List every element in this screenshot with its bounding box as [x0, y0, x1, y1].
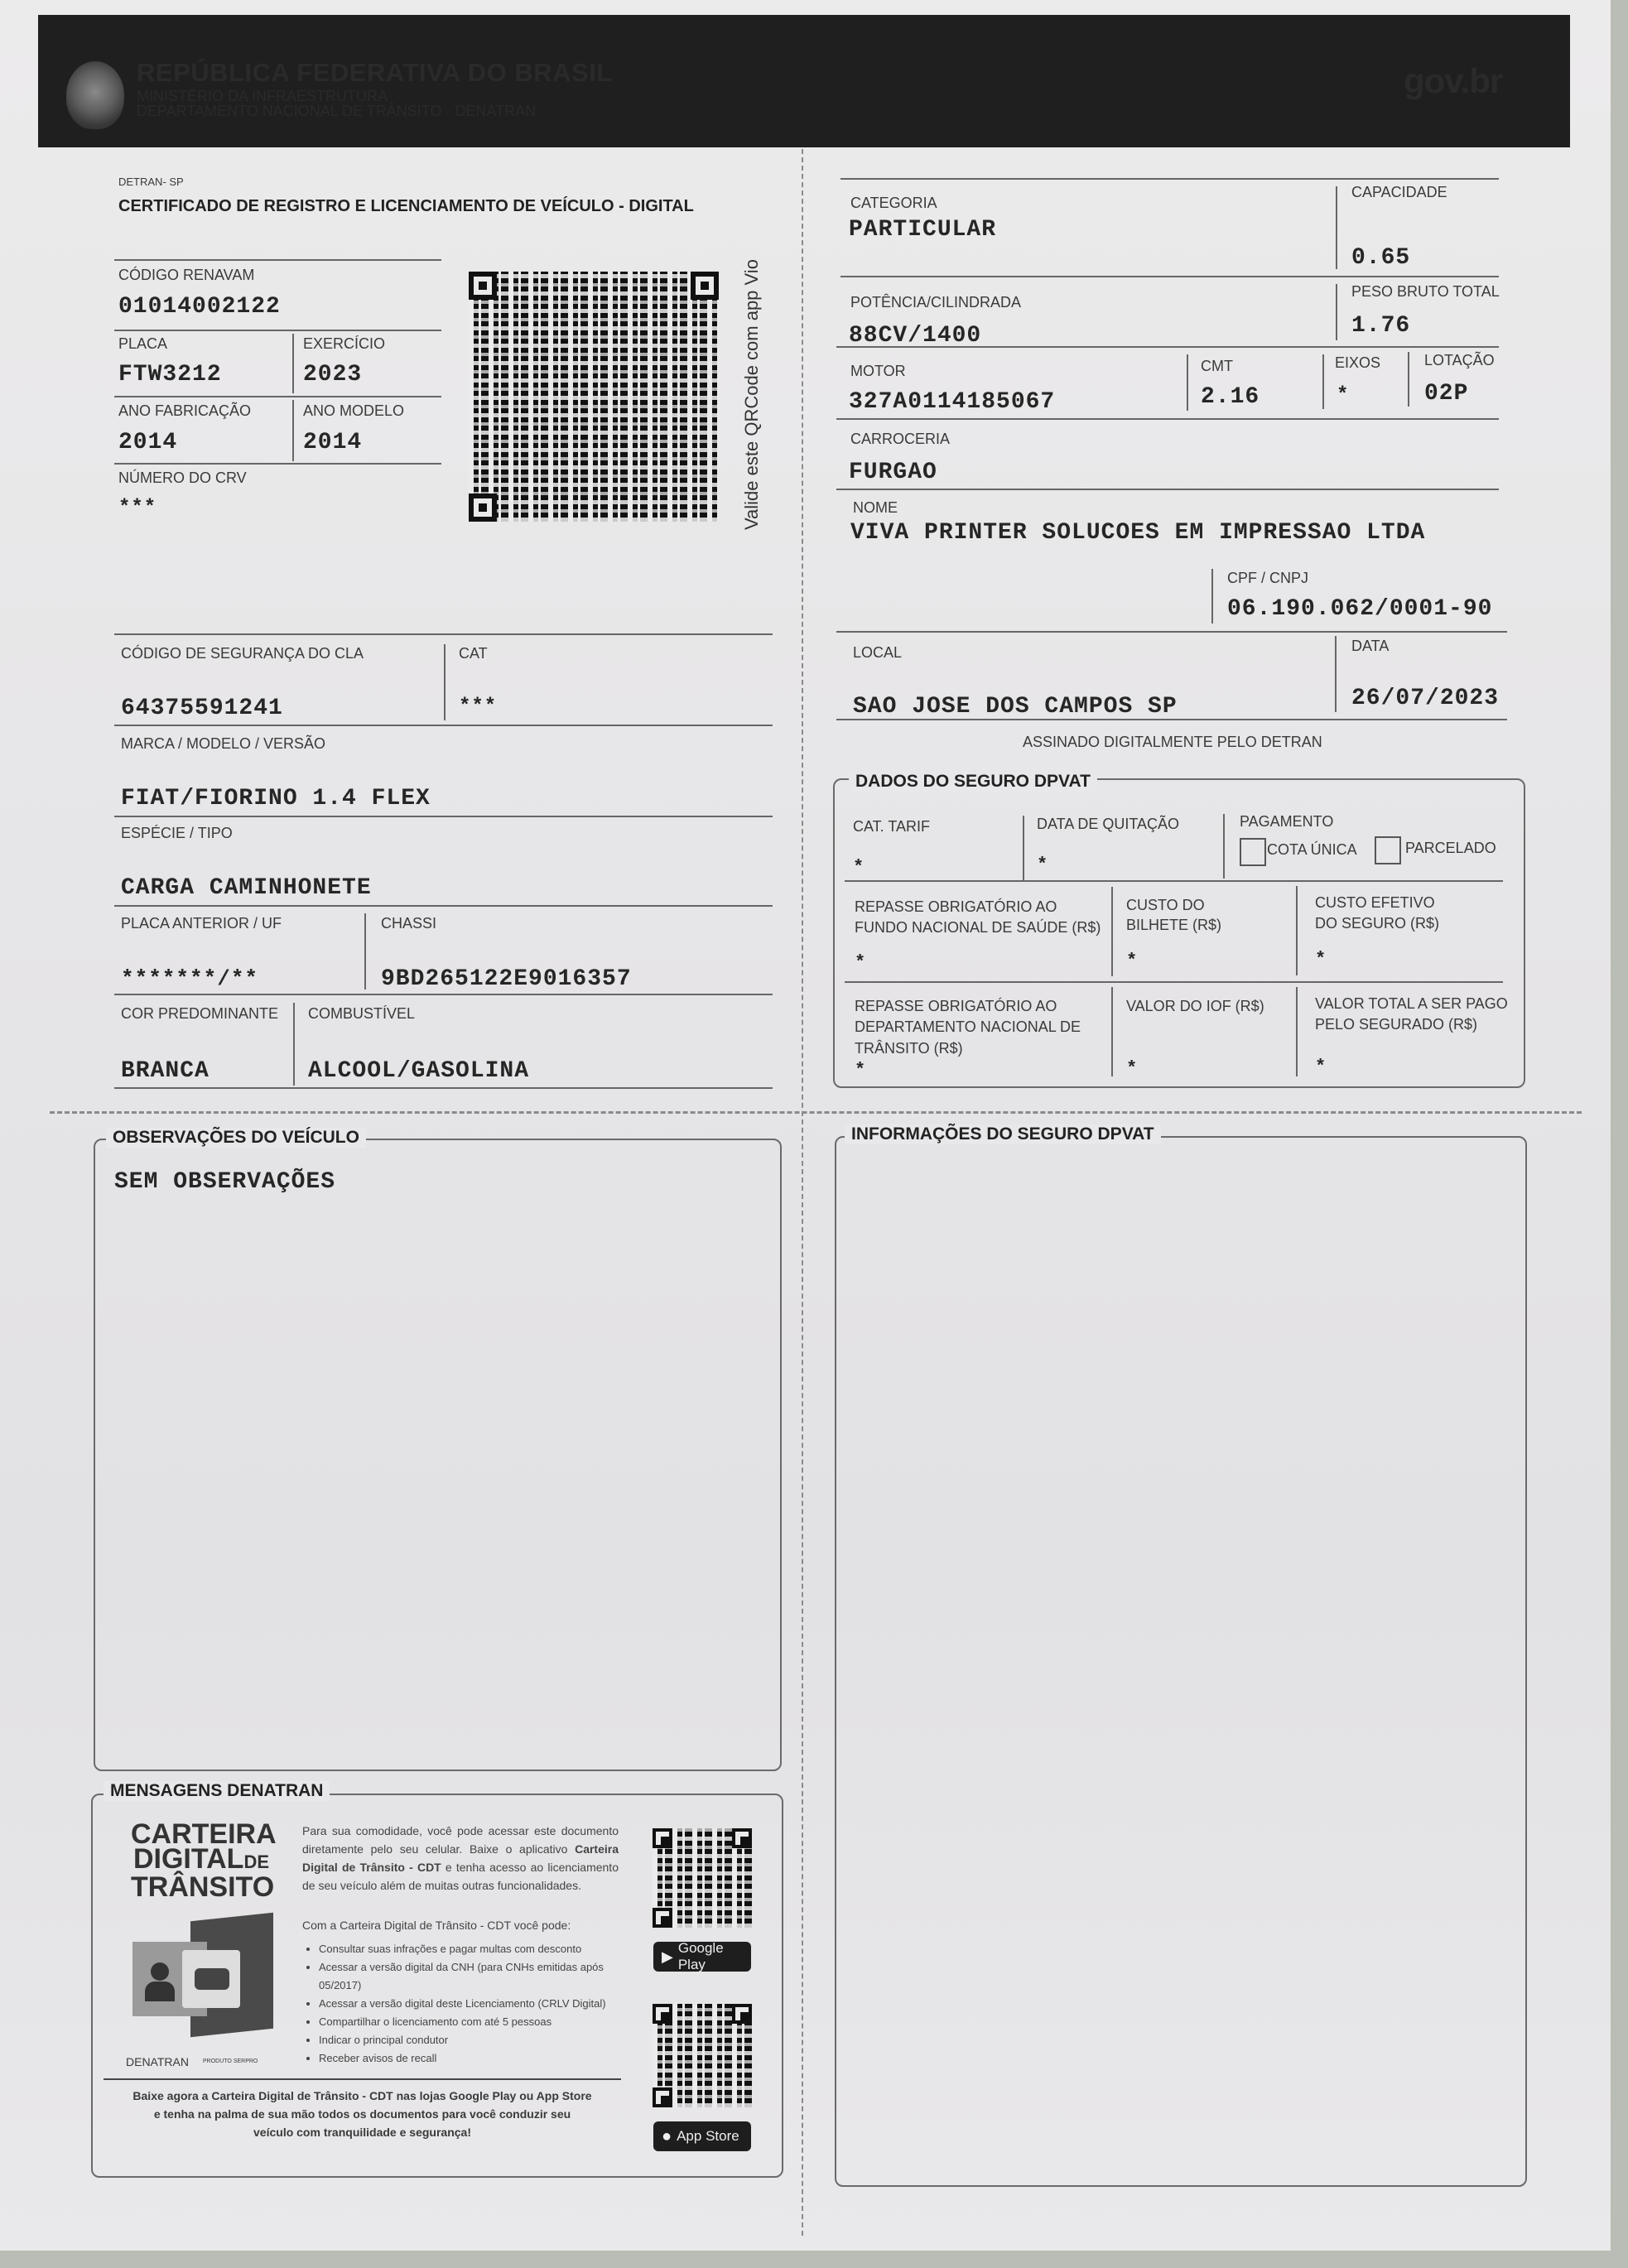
valor-total-label-1: VALOR TOTAL A SER PAGO [1315, 995, 1508, 1013]
apple-icon: ● [662, 2127, 672, 2146]
cpf-cnpj-label: CPF / CNPJ [1227, 570, 1308, 587]
local-value: SAO JOSE DOS CAMPOS SP [853, 694, 1178, 720]
motor-label: MOTOR [850, 363, 906, 380]
header-title: REPÚBLICA FEDERATIVA DO BRASIL [137, 58, 613, 88]
especie-tipo-label: ESPÉCIE / TIPO [121, 825, 233, 842]
ano-modelo-label: ANO MODELO [303, 402, 404, 420]
ano-fabricacao-label: ANO FABRICAÇÃO [118, 402, 251, 420]
nome-value: VIVA PRINTER SOLUCOES EM IMPRESSAO LTDA [850, 520, 1425, 546]
carroceria-label: CARROCERIA [850, 431, 950, 448]
cdt-title-de: DE [243, 1851, 269, 1872]
rule [836, 418, 1499, 420]
marca-modelo-value: FIAT/FIORINO 1.4 FLEX [121, 786, 431, 811]
categoria-value: PARTICULAR [849, 217, 996, 243]
data-value: 26/07/2023 [1351, 686, 1499, 711]
data-quitacao-value: * [1037, 855, 1048, 875]
cut-line [50, 1111, 1582, 1114]
chassi-label: CHASSI [381, 915, 436, 932]
numero-crv-label: NÚMERO DO CRV [118, 469, 247, 487]
brasil-coat-of-arms-icon [66, 61, 124, 129]
rule [114, 1087, 773, 1089]
rule [114, 816, 773, 817]
repasse-fns-label-1: REPASSE OBRIGATÓRIO AO [855, 898, 1057, 916]
rule [1335, 636, 1337, 712]
footer-line-1: Baixe agora a Carteira Digital de Trânsi… [104, 2087, 621, 2105]
cdt-feature-list: Consultar suas infrações e pagar multas … [302, 1940, 633, 2068]
rule [114, 330, 441, 331]
rule [836, 631, 1507, 633]
google-play-badge[interactable]: ▶ Google Play [653, 1942, 751, 1972]
combustivel-label: COMBUSTÍVEL [308, 1005, 415, 1023]
list-item: Indicar o principal condutor [319, 2031, 633, 2049]
cat-tarif-value: * [853, 857, 865, 878]
potencia-label: POTÊNCIA/CILINDRADA [850, 294, 1021, 311]
app-store-qr-code [653, 2004, 752, 2107]
center-divider [802, 149, 803, 2236]
repasse-denatran-value: * [855, 1060, 866, 1081]
parcelado-label: PARCELADO [1405, 840, 1496, 857]
cla-label: CÓDIGO DE SEGURANÇA DO CLA [121, 645, 364, 662]
rule [114, 905, 773, 907]
header-department: DEPARTAMENTO NACIONAL DE TRÂNSITO - DENA… [137, 103, 536, 119]
cdt-title-line-2: DIGITALDE [131, 1847, 272, 1875]
repasse-fns-label-2: FUNDO NACIONAL DE SAÚDE (R$) [855, 919, 1101, 937]
potencia-value: 88CV/1400 [849, 323, 981, 349]
document-paper: REPÚBLICA FEDERATIVA DO BRASIL MINISTÉRI… [0, 0, 1611, 2251]
chassi-value: 9BD265122E9016357 [381, 966, 632, 992]
renavam-label: CÓDIGO RENAVAM [118, 267, 254, 284]
cor-label: COR PREDOMINANTE [121, 1005, 278, 1023]
list-item: Receber avisos de recall [319, 2049, 633, 2068]
renavam-value: 01014002122 [118, 294, 281, 320]
observacoes-text: SEM OBSERVAÇÕES [114, 1169, 335, 1195]
footer-line-2: e tenha na palma de sua mão todos os doc… [104, 2105, 621, 2123]
rule [840, 276, 1499, 277]
header-ministry: MINISTÉRIO DA INFRAESTRUTURA [137, 88, 388, 104]
repasse-denatran-label-2: DEPARTAMENTO NACIONAL DE [855, 1018, 1081, 1036]
signature-note: ASSINADO DIGITALMENTE PELO DETRAN [1023, 734, 1322, 751]
eixos-value: * [1337, 384, 1349, 407]
list-item: Acessar a versão digital da CNH (para CN… [319, 1958, 633, 1995]
rule [836, 719, 1507, 720]
carroceria-value: FURGAO [849, 460, 937, 485]
rule [114, 994, 773, 995]
rule [836, 346, 1499, 348]
repasse-denatran-label-1: REPASSE OBRIGATÓRIO AO [855, 998, 1057, 1015]
rule [1111, 987, 1113, 1076]
categoria-label: CATEGORIA [850, 195, 937, 212]
rule [845, 880, 1503, 882]
numero-crv-value: *** [118, 497, 157, 519]
capacidade-label: CAPACIDADE [1351, 184, 1447, 201]
rule [114, 633, 773, 635]
custo-efetivo-value: * [1315, 949, 1327, 970]
placa-value: FTW3212 [118, 362, 222, 388]
document-title: CERTIFICADO DE REGISTRO E LICENCIAMENTO … [118, 197, 694, 216]
rule [293, 1003, 295, 1086]
rule [114, 396, 441, 397]
placa-label: PLACA [118, 335, 167, 353]
custo-bilhete-value: * [1126, 951, 1138, 971]
placa-anterior-value: *******/** [121, 966, 258, 991]
validation-qr-code [469, 272, 719, 522]
rule [1408, 352, 1409, 407]
cdt-app-illustration-icon [132, 1917, 273, 2033]
rule [114, 463, 441, 465]
observacoes-title: OBSERVAÇÕES DO VEÍCULO [106, 1128, 366, 1148]
info-dpvat-box [835, 1136, 1527, 2187]
exercicio-label: EXERCÍCIO [303, 335, 385, 353]
list-item: Compartilhar o licenciamento com até 5 p… [319, 2013, 633, 2031]
nome-label: NOME [853, 499, 898, 517]
cdt-title-line-3: TRÂNSITO [131, 1875, 272, 1900]
cdt-title: CARTEIRA DIGITALDE TRÂNSITO [131, 1822, 272, 1900]
valor-total-label-2: PELO SEGURADO (R$) [1315, 1016, 1477, 1033]
app-store-label: App Store [677, 2128, 739, 2145]
ano-fabricacao-value: 2014 [118, 430, 177, 455]
custo-efetivo-label-2: DO SEGURO (R$) [1315, 915, 1439, 932]
cdt-list-intro: Com a Carteira Digital de Trânsito - CDT… [302, 1916, 619, 1934]
especie-tipo-value: CARGA CAMINHONETE [121, 875, 372, 901]
cat-label: CAT [459, 645, 488, 662]
rule [845, 981, 1503, 983]
google-play-icon: ▶ [662, 1948, 673, 1966]
rule [1111, 887, 1113, 976]
rule [292, 334, 294, 393]
repasse-fns-value: * [855, 952, 866, 973]
motor-value: 327A0114185067 [849, 389, 1055, 415]
footer-line-3: veículo com tranquilidade e segurança! [104, 2123, 621, 2141]
rule [1336, 186, 1337, 269]
rule [1322, 354, 1324, 409]
rule [1296, 886, 1298, 975]
cota-unica-label: COTA ÚNICA [1267, 841, 1357, 859]
marca-modelo-label: MARCA / MODELO / VERSÃO [121, 735, 325, 753]
valor-iof-label: VALOR DO IOF (R$) [1126, 998, 1264, 1015]
peso-bruto-value: 1.76 [1351, 313, 1410, 339]
app-store-badge[interactable]: ● App Store [653, 2121, 751, 2151]
parcelado-checkbox[interactable] [1375, 836, 1401, 864]
list-item: Consultar suas infrações e pagar multas … [319, 1940, 633, 1958]
denatran-footer-brand: DENATRAN [126, 2055, 189, 2068]
google-play-qr-code [653, 1828, 752, 1928]
intro-text: Para sua comodidade, você pode acessar e… [302, 1824, 619, 1856]
custo-bilhete-label-1: CUSTO DO [1126, 897, 1205, 914]
data-label: DATA [1351, 638, 1389, 655]
observacoes-box [94, 1139, 782, 1771]
peso-bruto-label: PESO BRUTO TOTAL [1351, 283, 1500, 301]
cla-value: 64375591241 [121, 696, 283, 721]
cpf-cnpj-value: 06.190.062/0001-90 [1227, 596, 1492, 622]
google-play-label: Google Play [678, 1940, 751, 1973]
info-dpvat-title: INFORMAÇÕES DO SEGURO DPVAT [845, 1124, 1161, 1144]
lotacao-label: LOTAÇÃO [1424, 352, 1495, 369]
valor-total-value: * [1315, 1057, 1327, 1077]
cdt-intro-text: Para sua comodidade, você pode acessar e… [302, 1822, 619, 1895]
data-quitacao-label: DATA DE QUITAÇÃO [1037, 816, 1179, 833]
cmt-value: 2.16 [1201, 384, 1260, 410]
rule [114, 259, 441, 261]
combustivel-value: ALCOOL/GASOLINA [308, 1058, 529, 1084]
rule [1296, 987, 1298, 1076]
valor-iof-value: * [1126, 1058, 1138, 1079]
pagamento-label: PAGAMENTO [1240, 813, 1333, 831]
capacidade-value: 0.65 [1351, 245, 1410, 271]
ano-modelo-value: 2014 [303, 430, 362, 455]
rule [1336, 284, 1337, 340]
rule [444, 644, 446, 720]
custo-efetivo-label-1: CUSTO EFETIVO [1315, 894, 1435, 912]
rule [114, 725, 773, 726]
list-item: Acessar a versão digital deste Licenciam… [319, 1995, 633, 2013]
local-label: LOCAL [853, 644, 902, 662]
qr-caption: Valide este QRCode com app Vio [741, 259, 763, 530]
rule [1223, 814, 1225, 879]
rule [1211, 569, 1213, 624]
custo-bilhete-label-2: BILHETE (R$) [1126, 917, 1221, 934]
cdt-title-digital: DIGITAL [133, 1843, 243, 1875]
rule [836, 489, 1499, 490]
issuer-label: DETRAN- SP [118, 176, 184, 188]
eixos-label: EIXOS [1335, 354, 1380, 372]
rule [364, 913, 366, 990]
cor-value: BRANCA [121, 1058, 210, 1084]
lotacao-value: 02P [1424, 381, 1468, 407]
dpvat-title: DADOS DO SEGURO DPVAT [849, 772, 1097, 792]
rule [292, 400, 294, 461]
cmt-label: CMT [1201, 358, 1233, 375]
cota-unica-checkbox[interactable] [1240, 838, 1266, 866]
rule [1023, 816, 1024, 880]
serpro-product-label: PRODUTO SERPRO [203, 2059, 258, 2064]
cdt-download-message: Baixe agora a Carteira Digital de Trânsi… [104, 2087, 621, 2141]
rule [104, 2078, 621, 2080]
govbr-logo: gov.br [1404, 61, 1502, 101]
cat-value: *** [459, 696, 497, 718]
mensagens-title: MENSAGENS DENATRAN [104, 1781, 330, 1801]
placa-anterior-label: PLACA ANTERIOR / UF [121, 915, 282, 932]
rule [840, 178, 1499, 180]
exercicio-value: 2023 [303, 362, 362, 388]
cat-tarif-label: CAT. TARIF [853, 818, 930, 835]
repasse-denatran-label-3: TRÂNSITO (R$) [855, 1040, 963, 1057]
rule [1187, 354, 1188, 411]
